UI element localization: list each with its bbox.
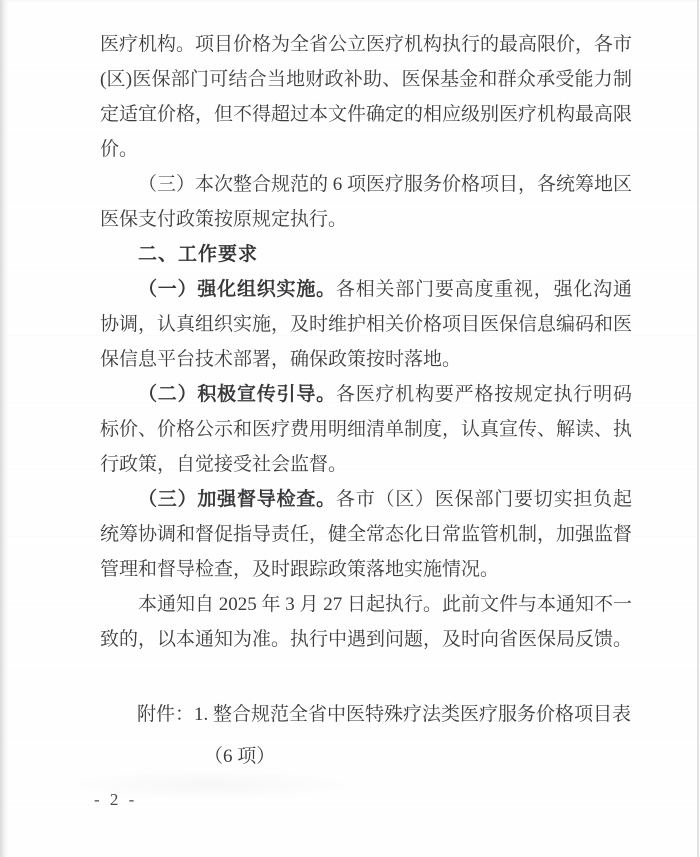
attachment-content: 1. 整合规范全省中医特殊疗法类医疗服务价格项目表 （6 项） [194, 694, 631, 778]
paragraph-item-1: （一）强化组织实施。各相关部门要高度重视，强化沟通协调，认真组织实施，及时维护相… [100, 272, 632, 377]
scan-edge-left [0, 0, 8, 857]
paragraph-item-2: （二）积极宣传引导。各医疗机构要严格按规定执行明码标价、价格公示和医疗费用明细清… [100, 377, 632, 482]
paragraph-continuation: 医疗机构。项目价格为全省公立医疗机构执行的最高限价，各市(区)医保部门可结合当地… [100, 27, 632, 167]
paragraph-item-1-lead: （一）强化组织实施。 [138, 279, 336, 300]
scan-edge-right [697, 0, 699, 857]
page-content: 医疗机构。项目价格为全省公立医疗机构执行的最高限价，各市(区)医保部门可结合当地… [100, 27, 632, 778]
attachment-label: 附件： [137, 694, 194, 778]
paragraph-item-3: （三）加强督导检查。各市（区）医保部门要切实担负起统筹协调和督促指导责任，健全常… [100, 482, 632, 587]
paragraph-item-3-lead: （三）加强督导检查。 [138, 489, 336, 510]
document-page: 医疗机构。项目价格为全省公立医疗机构执行的最高限价，各市(区)医保部门可结合当地… [0, 0, 700, 857]
paragraph-effective-date: 本通知自 2025 年 3 月 27 日起执行。此前文件与本通知不一致的，以本通… [100, 587, 632, 657]
section-heading-work-requirements: 二、工作要求 [100, 237, 632, 272]
page-number: - 2 - [94, 789, 137, 811]
paragraph-item-3-section1: （三）本次整合规范的 6 项医疗服务价格项目，各统筹地区医保支付政策按原规定执行… [100, 167, 632, 237]
paragraph-item-2-lead: （二）积极宣传引导。 [138, 384, 336, 405]
attachment-item-1: 1. 整合规范全省中医特殊疗法类医疗服务价格项目表 [194, 694, 631, 736]
attachment-item-1-continued: （6 项） [204, 736, 631, 778]
attachment-block: 附件： 1. 整合规范全省中医特殊疗法类医疗服务价格项目表 （6 项） [100, 694, 632, 778]
